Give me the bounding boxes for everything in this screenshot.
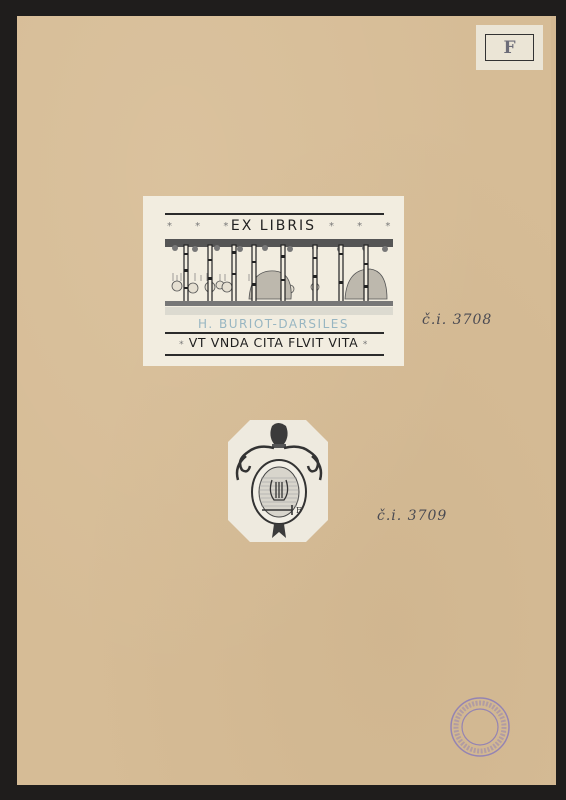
helmet-icon <box>270 423 287 448</box>
birch-forest-illustration <box>165 239 393 317</box>
star-left: * <box>179 340 184 350</box>
bottom-rule <box>165 354 384 356</box>
inventory-note-3709: č.i. 3709 <box>377 508 447 524</box>
paper-edge <box>551 16 556 785</box>
stars-right: * * * <box>329 221 400 232</box>
paper-sheet <box>17 16 552 785</box>
motto-text: VT VNDA CITA FLVIT VITA <box>189 335 358 350</box>
signature-letter: F <box>485 34 534 61</box>
heraldic-bookplate: F <box>228 420 328 542</box>
inventory-note-3708: č.i. 3708 <box>422 312 492 328</box>
top-rule <box>165 213 384 215</box>
svg-text:F: F <box>296 506 302 515</box>
museum-stamp <box>449 696 511 758</box>
star-right: * <box>363 340 368 350</box>
owner-name: H. BURIOT-DARSILES <box>143 317 404 331</box>
middle-rule <box>165 332 384 334</box>
bookplate-ex-libris: * * * EX LIBRIS * * * <box>143 196 404 366</box>
motto: * VT VNDA CITA FLVIT VITA * <box>143 335 404 350</box>
signature-label: F <box>476 25 543 70</box>
